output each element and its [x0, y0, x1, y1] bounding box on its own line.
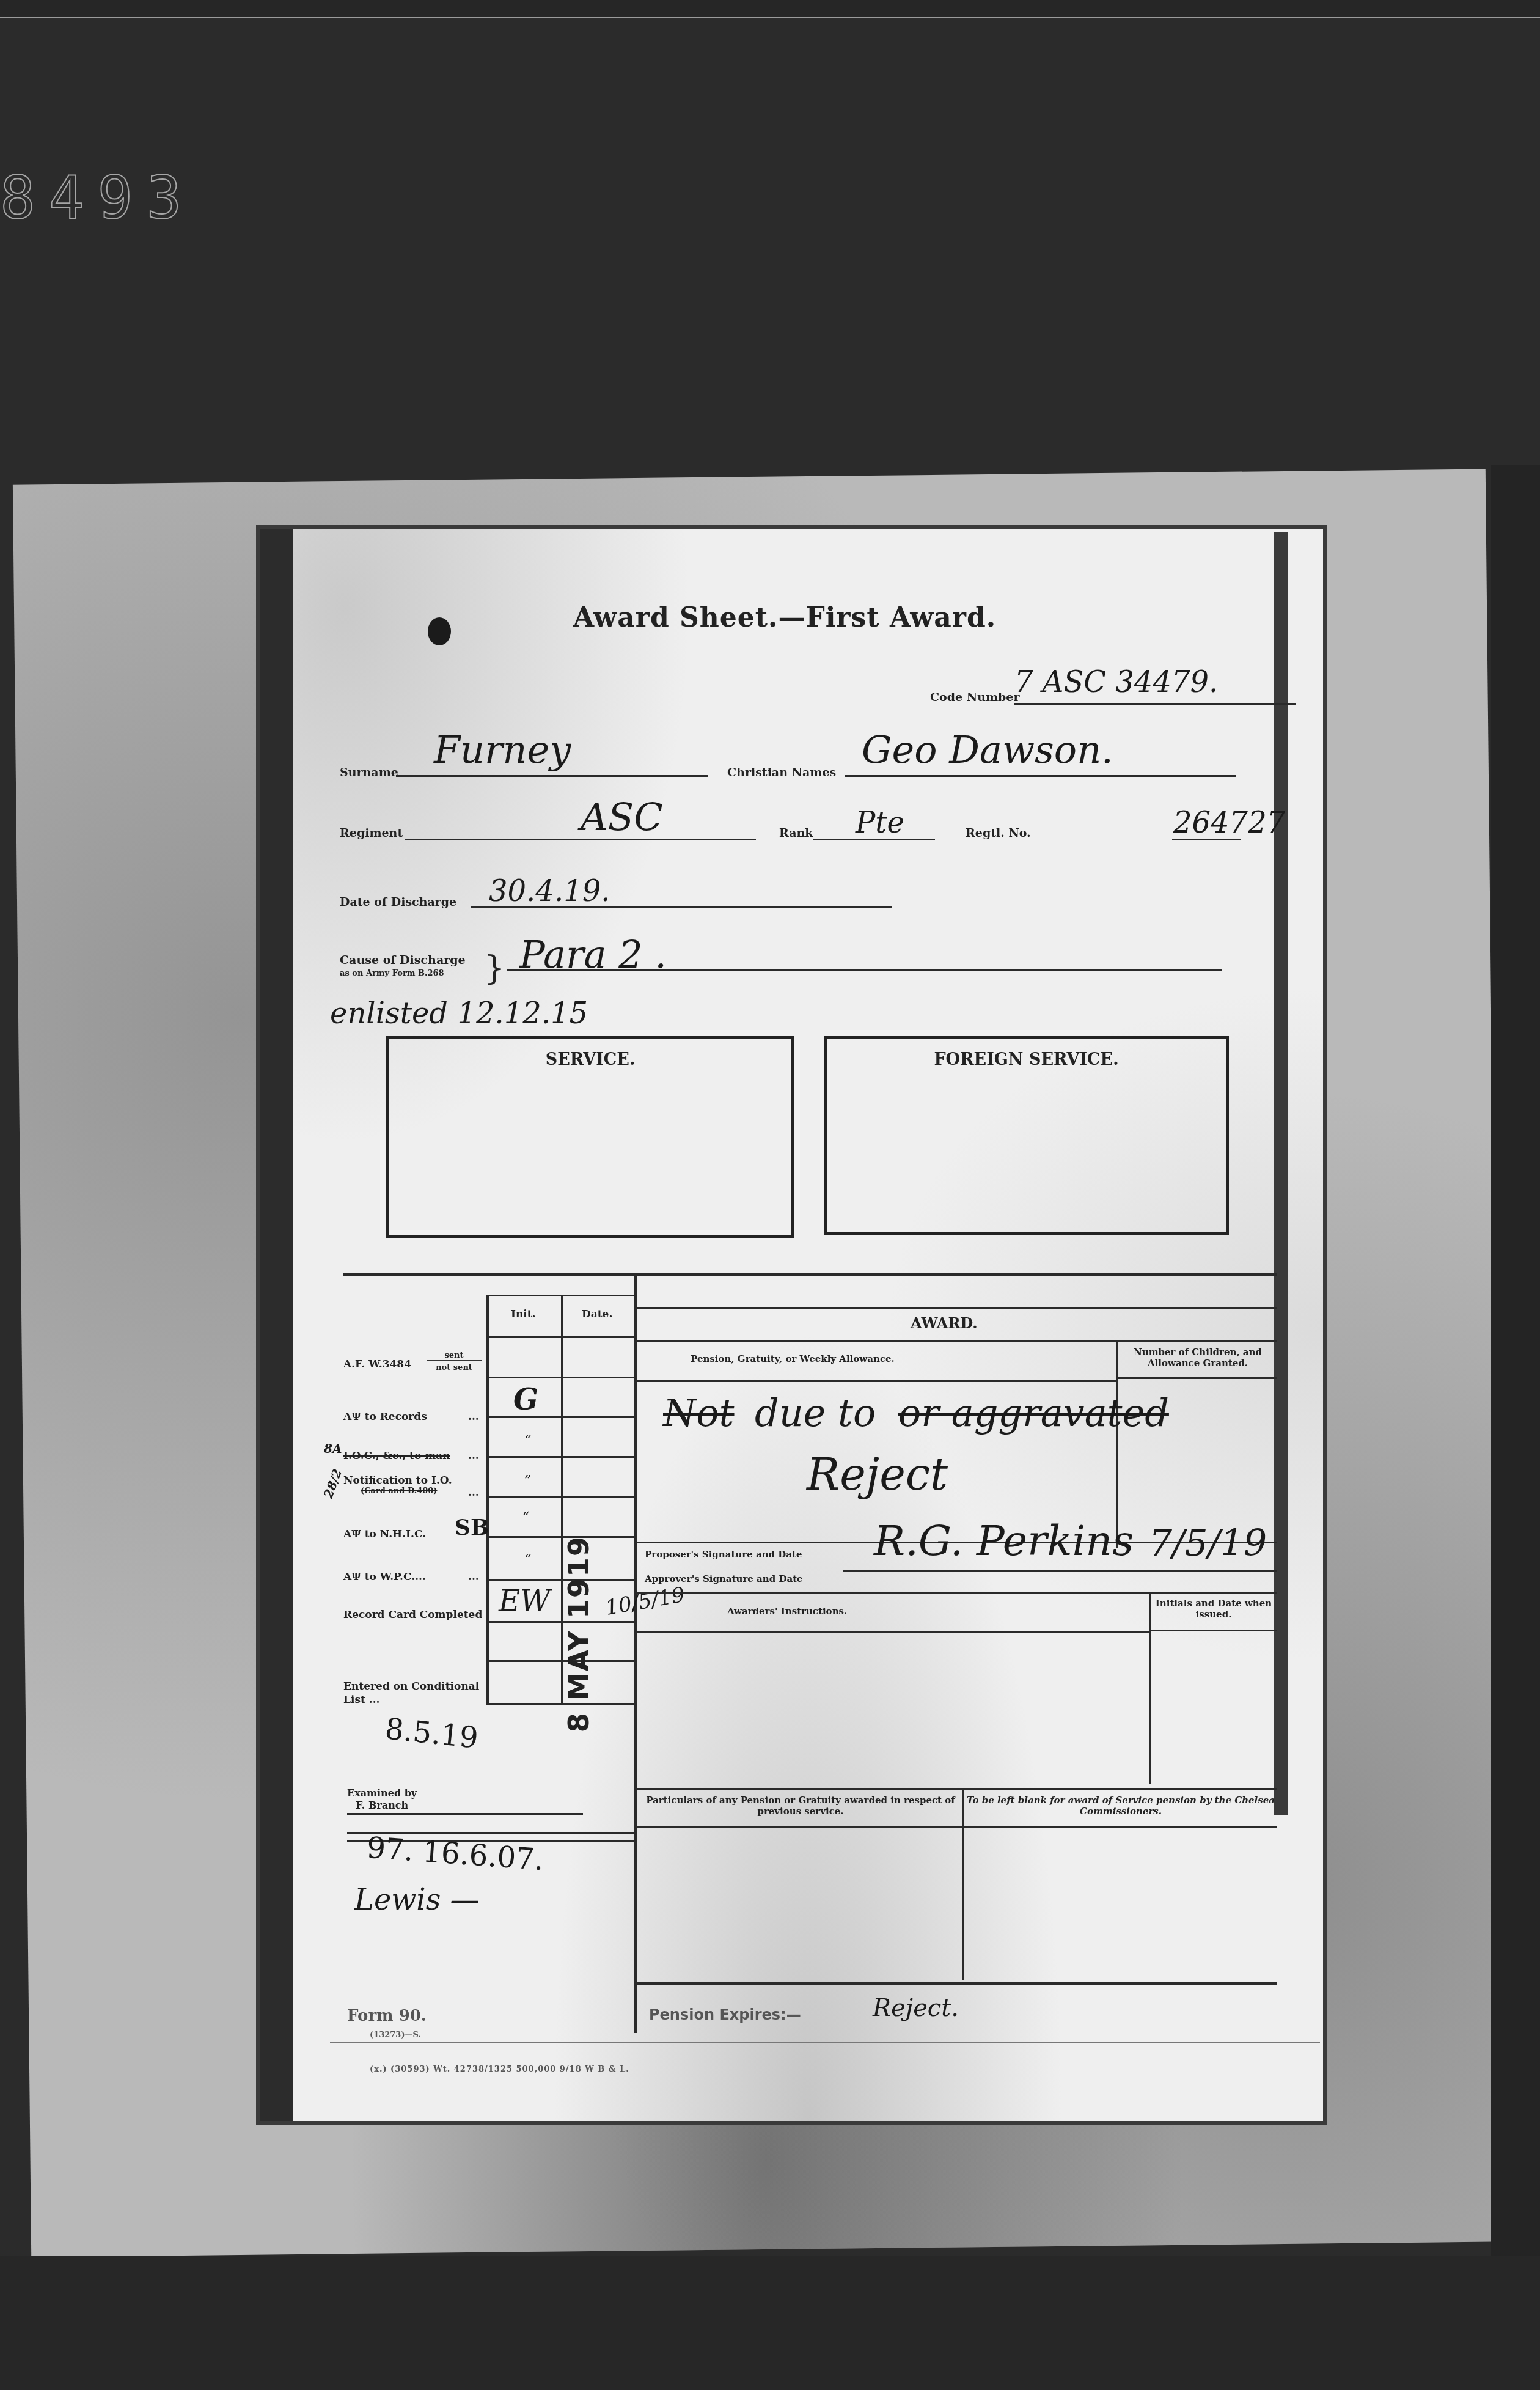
award-entry-struck-aggravated: or aggravated — [898, 1391, 1169, 1435]
rank-label: Rank — [779, 826, 813, 840]
date-stamp: 8 MAY 1919 — [562, 1535, 595, 1732]
row-notification-init: ” — [524, 1473, 531, 1488]
film-top-strip — [0, 0, 1540, 18]
awarders-instructions-header: Awarders' Instructions. — [727, 1606, 847, 1617]
init-header: Init. — [511, 1308, 536, 1320]
rank-value: Pte — [856, 806, 904, 840]
row-records-dots: ... — [468, 1411, 479, 1423]
row-ioc-label: I.O.C., &c., to man — [343, 1450, 450, 1462]
award-entry-due-to: due to — [755, 1391, 876, 1435]
page-title: Award Sheet.—First Award. — [573, 602, 996, 633]
examined-by-branch: F. Branch — [356, 1800, 408, 1811]
row-wpc-dots: ... — [468, 1571, 479, 1583]
row-record-card-init: EW — [499, 1584, 550, 1619]
row-record-card-label: Record Card Completed — [343, 1609, 482, 1621]
pension-expires-label: Pension Expires:— — [649, 2006, 801, 2023]
approver-label: Approver's Signature and Date — [645, 1573, 803, 1584]
punch-hole — [428, 617, 451, 645]
foreign-service-box-title: FOREIGN SERVICE. — [827, 1050, 1226, 1069]
col-pension-header: Pension, Gratuity, or Weekly Allowance. — [691, 1353, 895, 1364]
surname-value: Furney — [434, 727, 571, 772]
row-wpc-label: AΨ to W.P.C.... — [343, 1571, 426, 1583]
row-afw3484-sent: sent — [427, 1351, 482, 1361]
particulars-header: Particulars of any Pension or Gratuity a… — [642, 1795, 959, 1817]
cause-of-discharge-sublabel: as on Army Form B.268 — [340, 969, 444, 978]
cause-of-discharge-label: Cause of Discharge — [340, 954, 466, 967]
proposer-date: 7/5/19 — [1149, 1522, 1267, 1565]
row-nhic-annotation: SB — [455, 1515, 489, 1540]
brace-icon: } — [484, 949, 505, 987]
regtl-no-label: Regtl. No. — [966, 826, 1031, 840]
examined-note-line2: Lewis — — [354, 1883, 480, 1917]
examined-by-label: Examined by — [347, 1787, 417, 1799]
row-ioc-dots: ... — [468, 1450, 479, 1462]
row-afw3484-label: A.F. W.3484 — [343, 1358, 411, 1370]
regiment-value: ASC — [581, 795, 663, 839]
christian-names-value: Geo Dawson. — [862, 727, 1113, 772]
award-entry-struck-not: Not — [663, 1391, 735, 1435]
christian-names-label: Christian Names — [727, 766, 836, 779]
code-number-value: 7 ASC 34479. — [1014, 665, 1218, 699]
initials-date-header: Initials and Date when issued. — [1153, 1598, 1275, 1620]
frame-number: 8493 — [0, 164, 195, 232]
film-edge — [1491, 465, 1540, 2298]
service-box-title: SERVICE. — [389, 1050, 791, 1069]
row-notification-label2: (Card and D.400) — [361, 1487, 438, 1496]
row-wpc-init: “ — [524, 1553, 531, 1568]
date-of-discharge-label: Date of Discharge — [340, 895, 457, 909]
regiment-label: Regiment — [340, 826, 403, 840]
row-nhic-label: AΨ to N.H.I.C. — [343, 1528, 426, 1540]
printer-line: (x.) (30593) Wt. 42738/1325 500,000 9/18… — [370, 2065, 629, 2074]
award-title: AWARD. — [911, 1314, 978, 1332]
service-box: SERVICE. — [386, 1036, 794, 1238]
form-code: (13273)—S. — [370, 2031, 421, 2040]
code-number-label: Code Number — [930, 691, 1019, 704]
row-records-label: AΨ to Records — [343, 1411, 427, 1423]
row-afw3484-not-sent: not sent — [427, 1363, 482, 1372]
proposer-label: Proposer's Signature and Date — [645, 1549, 802, 1560]
col-children-header: Number of Children, and Allowance Grante… — [1121, 1347, 1275, 1369]
row-ioc-mark: 8A — [324, 1441, 342, 1456]
award-decision: Reject — [807, 1449, 948, 1500]
row-nhic-init: “ — [522, 1510, 529, 1525]
row-notification-dots: ... — [468, 1487, 479, 1499]
date-header: Date. — [582, 1308, 612, 1320]
pension-expires-value: Reject. — [873, 1994, 959, 2022]
enlisted-note: enlisted 12.12.15 — [330, 996, 588, 1031]
film-bottom — [0, 2256, 1540, 2390]
page-edge-shadow — [1274, 532, 1288, 1815]
form-number: Form 90. — [347, 2007, 427, 2025]
row-conditional-list-label: Entered on Conditional List ... — [343, 1680, 484, 1707]
blank-service-header: To be left blank for award of Service pe… — [966, 1795, 1276, 1817]
row-notification-label: Notification to I.O. — [343, 1474, 452, 1487]
row-records-init: G — [513, 1383, 538, 1417]
proposer-signature: R.G. Perkins — [874, 1517, 1134, 1565]
surname-label: Surname — [340, 766, 398, 779]
row-ioc-init: “ — [524, 1433, 531, 1449]
regtl-no-value: 264727 — [1173, 806, 1285, 840]
foreign-service-box: FOREIGN SERVICE. — [824, 1036, 1229, 1235]
date-of-discharge-value: 30.4.19. — [489, 874, 610, 908]
